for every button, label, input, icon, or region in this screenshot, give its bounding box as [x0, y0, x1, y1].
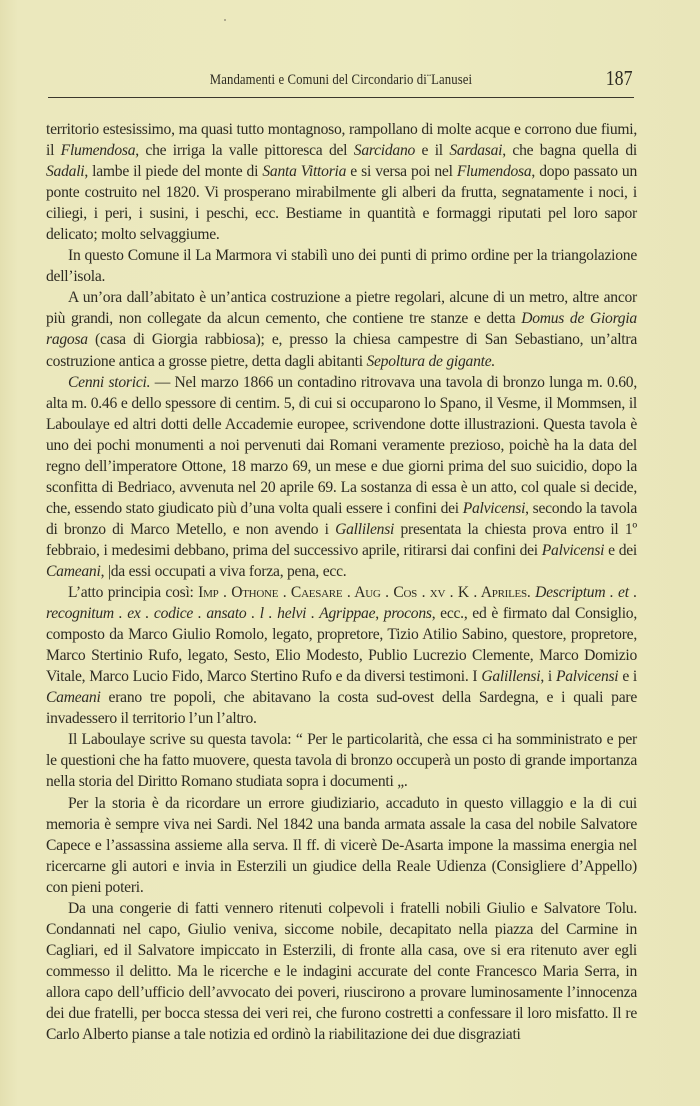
italic-term: Flumendosa — [457, 163, 532, 180]
italic-term: Santa Vittoria — [262, 163, 346, 180]
text-run: e dei — [604, 542, 637, 559]
italic-term: Gallilensi — [335, 521, 394, 538]
italic-term: Cameani — [46, 689, 101, 706]
text-run: Per la storia è da ricordare un errore g… — [46, 795, 637, 896]
book-page: Mandamenti e Comuni del Circondario di¨L… — [0, 0, 700, 1106]
header-rule — [48, 97, 634, 98]
italic-term: Sardasai — [449, 142, 502, 159]
paragraph: In questo Comune il La Marmora vi stabil… — [46, 245, 637, 287]
paragraph: Da una congerie di fatti vennero ritenut… — [46, 898, 637, 1045]
italic-term: Palvicensi — [463, 500, 525, 517]
paper-speck — [224, 19, 226, 21]
text-run: , che bagna quella di — [502, 142, 637, 159]
italic-term: Flumendosa — [61, 142, 136, 159]
italic-term: Sepoltura de gigante. — [366, 353, 495, 370]
italic-term: Galillensi — [481, 668, 540, 685]
italic-term: Sadali — [46, 163, 84, 180]
text-run: (casa di Giorgia rabbiosa); e, presso la… — [46, 331, 637, 369]
running-head: Mandamenti e Comuni del Circondario di¨L… — [48, 62, 634, 92]
body-text: territorio estesissimo, ma quasi tutto m… — [46, 119, 637, 1045]
italic-term: Palvicensi — [542, 542, 604, 559]
text-run: , che irriga la valle pittoresca del — [135, 142, 354, 159]
text-run: , |da essi occupati a viva forza, pena, … — [101, 563, 347, 580]
text-run: , lambe il piede del monte di — [84, 163, 262, 180]
page-number: 187 — [605, 66, 632, 91]
latin-inscription: Imp . Othone . Caesare . Aug . Cos . xv … — [198, 584, 530, 601]
paragraph: Il Laboulaye scrive su questa tavola: “ … — [46, 729, 637, 792]
text-run: In questo Comune il La Marmora vi stabil… — [46, 247, 637, 285]
text-run: e il — [415, 142, 449, 159]
text-run: , i — [540, 668, 556, 685]
paragraph: Per la storia è da ricordare un errore g… — [46, 793, 637, 898]
paragraph: L’atto principia così: Imp . Othone . Ca… — [46, 582, 637, 729]
text-run: , — [375, 605, 383, 622]
paragraph: territorio estesissimo, ma quasi tutto m… — [46, 119, 637, 245]
paragraph: Cenni storici. — Nel marzo 1866 un conta… — [46, 372, 637, 582]
italic-term: Sarcidano — [354, 142, 415, 159]
italic-term: Cenni storici. — [68, 374, 150, 391]
text-run: — Nel marzo 1866 un contadino ritrovava … — [46, 374, 637, 517]
italic-term: Cameani — [46, 563, 101, 580]
italic-term: procons — [384, 605, 432, 622]
italic-term: Palvicensi — [556, 668, 618, 685]
text-run: erano tre popoli, che abitavano la costa… — [46, 689, 637, 727]
text-run: Da una congerie di fatti vennero ritenut… — [46, 900, 637, 1043]
text-run: Il Laboulaye scrive su questa tavola: “ … — [46, 731, 637, 790]
paragraph: A un’ora dall’abitato è un’antica costru… — [46, 287, 637, 371]
text-run: e si versa poi nel — [346, 163, 457, 180]
running-title: Mandamenti e Comuni del Circondario di¨L… — [83, 72, 599, 89]
text-run: e i — [618, 668, 637, 685]
text-run: L’atto principia così: — [68, 584, 198, 601]
